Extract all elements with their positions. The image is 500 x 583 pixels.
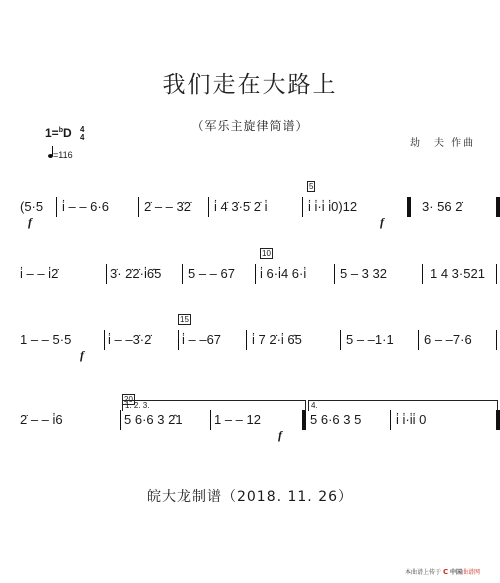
measure-notes: i̇ 6·i̇4 6·i̇: [260, 266, 306, 281]
repeat-bar-line: [407, 197, 411, 217]
bar-line: [255, 264, 256, 284]
bar-line: [246, 330, 247, 350]
transcriber-credit: 皖大龙制谱（2018. 11. 26）: [0, 486, 500, 506]
bar-line: [182, 264, 183, 284]
measure-notes: i̇ i̇·i̇ i̇0)12: [308, 199, 357, 214]
composer-credit: 劫 夫 作曲: [410, 134, 475, 149]
dynamic-forte: f: [80, 348, 84, 363]
measure-notes: 5 – –1·1: [346, 332, 394, 347]
measure-notes: (5·5: [20, 199, 43, 214]
rehearsal-mark: 15: [178, 314, 191, 325]
site-logo-icon: C: [443, 568, 448, 576]
measure-notes: 6 – –7·6: [424, 332, 472, 347]
staff-line-1: (5·5i̇ – – 6·62̇ – – 3̇2̇i̇ 4̇ 3̇·5̇ 2̇ …: [20, 199, 495, 223]
measure-notes: i̇ – –67: [182, 332, 221, 347]
bar-line: [496, 264, 497, 284]
measure-notes: 3̇· 2̇2̇·i̇6̂5: [110, 266, 161, 281]
measure-notes: i̇ i̇·i̇i̇ 0: [396, 412, 426, 427]
bar-line: [138, 197, 139, 217]
repeat-bar-line: [302, 410, 306, 430]
bar-line: [422, 264, 423, 284]
bar-line: [208, 197, 209, 217]
measure-notes: 3· 56 2̇: [422, 199, 462, 214]
measure-notes: i̇ 4̇ 3̇·5̇ 2̇ i̇: [214, 199, 267, 214]
measure-notes: 5 6·6 3 2̂1: [124, 412, 183, 427]
rehearsal-mark: 5: [307, 181, 315, 192]
tempo-marking: =116: [48, 150, 73, 160]
bar-line: [340, 330, 341, 350]
measure-notes: 5 – 3 32: [340, 266, 387, 281]
score-title: 我们走在大路上: [0, 66, 500, 99]
watermark: 本曲谱上传于 C 中国曲谱网: [405, 567, 480, 576]
time-signature: 4 4: [80, 126, 84, 142]
final-bar-line: [496, 410, 500, 430]
bar-line: [418, 330, 419, 350]
measure-notes: i̇ 7 2̇·i̇ 6̂5: [252, 332, 302, 347]
dynamic-forte: f: [380, 215, 384, 230]
rehearsal-mark: 10: [260, 248, 273, 259]
bar-line: [56, 197, 57, 217]
bar-line: [390, 410, 391, 430]
bar-line: [120, 410, 121, 430]
staff-line-2: i̇ – – i̇2̇3̇· 2̇2̇·i̇6̂55 – – 67i̇ 6·i̇…: [20, 266, 495, 290]
dynamic-forte: f: [278, 428, 282, 443]
bar-line: [106, 264, 107, 284]
bar-line: [178, 330, 179, 350]
final-bar-line: [496, 197, 500, 217]
staff-line-3: 1 – – 5·5i̇ – –3̇·2̇i̇ – –67i̇ 7 2̇·i̇ 6…: [20, 332, 495, 356]
bar-line: [302, 197, 303, 217]
measure-notes: i̇ – –3̇·2̇: [108, 332, 151, 347]
measure-notes: 1 – – 5·5: [20, 332, 71, 347]
bar-line: [210, 410, 211, 430]
bar-line: [334, 264, 335, 284]
bar-line: [496, 330, 497, 350]
measure-notes: 2̇ – – 3̇2̇: [144, 199, 191, 214]
measure-notes: 2̇ – – i̇6: [20, 412, 63, 427]
staff-line-4: 2̇ – – i̇65 6·6 3 2̂11 – – 125 6·6 3 5i̇…: [20, 412, 495, 436]
measure-notes: i̇ – – 6·6: [62, 199, 109, 214]
measure-notes: 5 6·6 3 5: [310, 412, 361, 427]
dynamic-forte: f: [28, 215, 32, 230]
key-signature: 1=bD 4 4: [45, 126, 84, 142]
measure-notes: 5 – – 67: [188, 266, 235, 281]
quarter-note-icon: [48, 154, 53, 158]
volta-bracket: 4.: [308, 400, 498, 411]
bar-line: [104, 330, 105, 350]
measure-notes: 1 – – 12: [214, 412, 261, 427]
volta-bracket: 1. 2. 3.: [122, 400, 306, 411]
measure-notes: 1 4 3·521: [430, 266, 485, 281]
measure-notes: i̇ – – i̇2̇: [20, 266, 58, 281]
